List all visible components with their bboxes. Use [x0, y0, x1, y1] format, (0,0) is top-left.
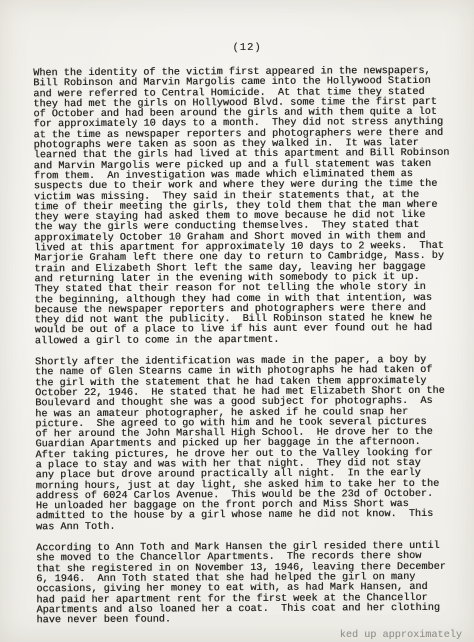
page-number: (12)	[33, 41, 461, 56]
text-block: (12) When the identity of the victim fir…	[33, 41, 465, 638]
paragraph-glen-stearns: Shortly after the identification was mad…	[35, 356, 464, 534]
cutoff-partial-line: ked up approximately	[340, 631, 462, 641]
paragraph-ann-toth-mark-hansen: According to Ann Toth and Mark Hansen th…	[36, 542, 464, 627]
paragraph-robinson-margolis: When the identity of the victim first ap…	[33, 67, 463, 348]
document-page: (12) When the identity of the victim fir…	[0, 0, 474, 642]
